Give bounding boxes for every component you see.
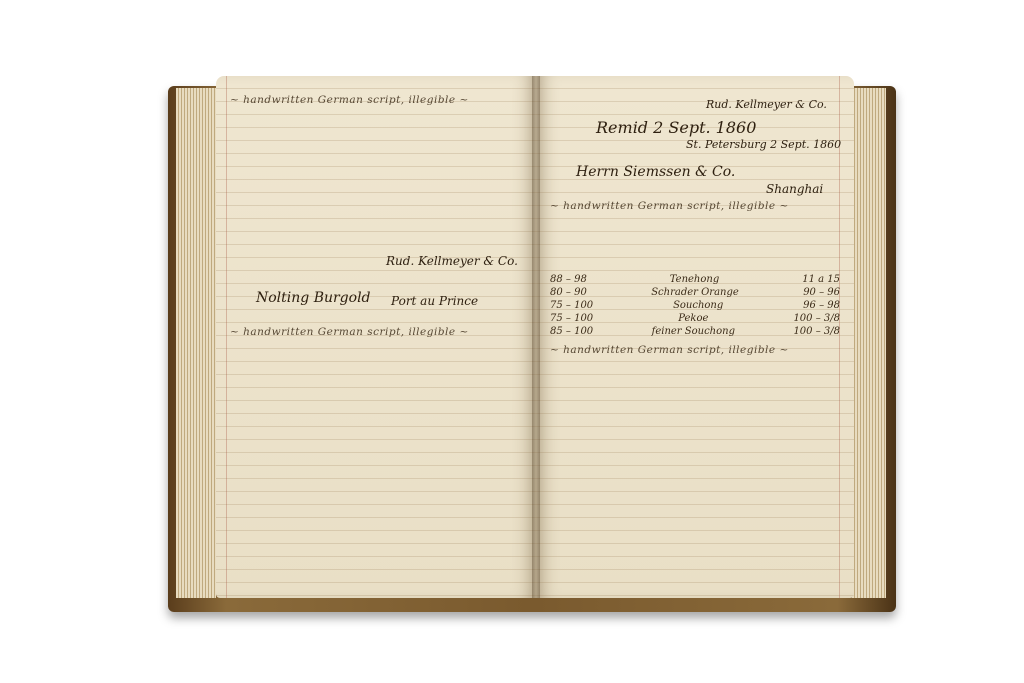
open-ledger-book: ~ handwritten German script, illegible ~… <box>168 62 896 612</box>
right-page-text-body: ~ handwritten German script, illegible ~ <box>550 344 840 584</box>
right-page-dateline-secondary: St. Petersburg 2 Sept. 1860 <box>686 138 841 151</box>
left-page-text-top: ~ handwritten German script, illegible ~ <box>230 94 522 264</box>
left-page-heading-place: Port au Prince <box>391 294 478 308</box>
book-gutter <box>532 76 540 598</box>
right-page: Rud. Kellmeyer & Co. Remid 2 Sept. 1860 … <box>536 76 854 598</box>
left-page-signature: Rud. Kellmeyer & Co. <box>386 254 518 268</box>
left-page: ~ handwritten German script, illegible ~… <box>216 76 536 598</box>
price-list: 88 – 98Tenehong11 a 15 80 – 90Schrader O… <box>550 274 840 339</box>
left-page-heading-name: Nolting Burgold <box>256 290 371 306</box>
page-edges-left <box>176 88 216 598</box>
right-page-place: Shanghai <box>766 182 823 196</box>
right-page-salutation: Herrn Siemssen & Co. <box>576 164 735 180</box>
right-page-closing: Rud. Kellmeyer & Co. <box>706 98 827 111</box>
right-page-text-top: ~ handwritten German script, illegible ~ <box>550 200 840 270</box>
page-edges-right <box>852 88 886 598</box>
right-page-dateline: Remid 2 Sept. 1860 <box>596 118 756 137</box>
left-page-text-body: ~ handwritten German script, illegible ~ <box>230 326 522 586</box>
